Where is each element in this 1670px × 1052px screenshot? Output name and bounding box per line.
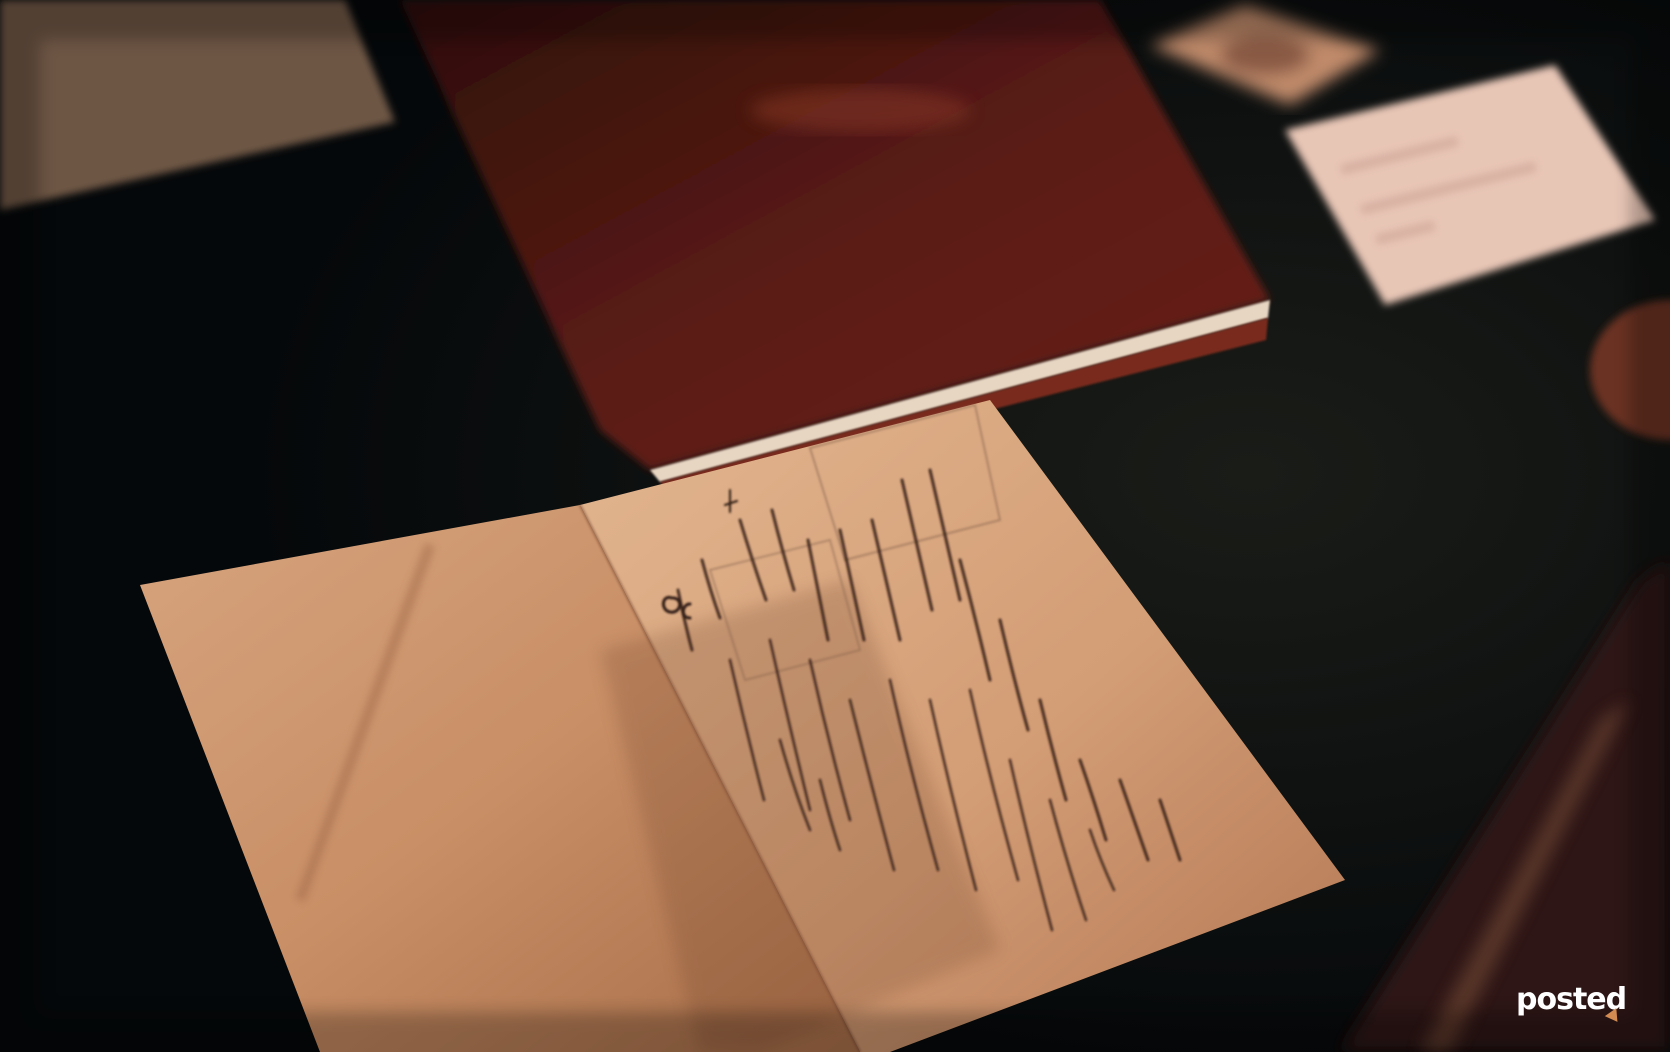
- watermark-text: posted: [1516, 985, 1626, 1015]
- scene-illustration: [0, 0, 1670, 1052]
- photo-scene: [0, 0, 1670, 1052]
- posted-watermark: posted: [1516, 985, 1626, 1015]
